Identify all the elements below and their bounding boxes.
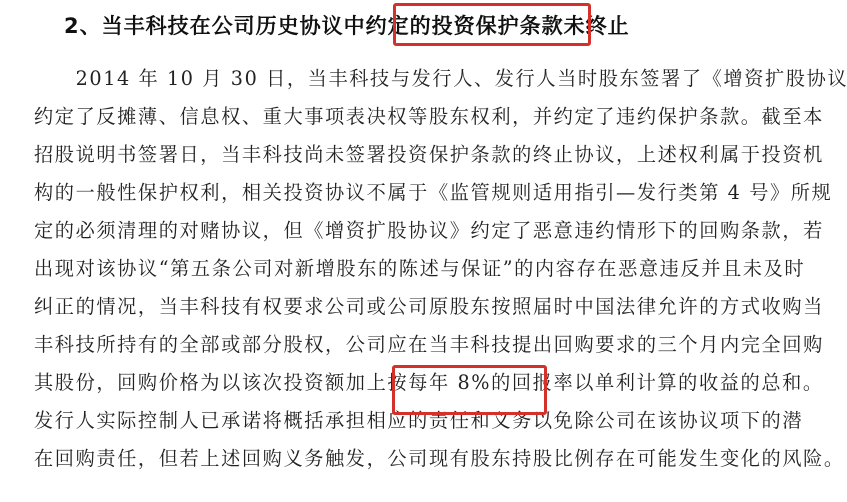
paragraph-line: 构的一般性保护权利，相关投资协议不属于《监管规则适用指引—发行类第 4 号》所规 (34, 178, 832, 205)
paragraph-line: 约定了反摊薄、信息权、重大事项表决权等股东权利，并约定了违约保护条款。截至本 (34, 102, 824, 129)
highlight-box-return-rate (392, 365, 547, 415)
paragraph-line: 出现对该协议“第五条公司对新增股东的陈述与保证”的内容存在恶意违反并且未及时 (34, 254, 805, 281)
paragraph-line: 丰科技所持有的全部或部分股权，公司应在当丰科技提出回购要求的三个月内完全回购 (34, 330, 824, 357)
paragraph-line: 招股说明书签署日，当丰科技尚未签署投资保护条款的终止协议，上述权利属于投资机 (34, 140, 824, 167)
highlight-box-heading (393, 3, 591, 46)
paragraph-line: 在回购责任，但若上述回购义务触发，公司现有股东持股比例存在可能发生变化的风险。 (34, 444, 845, 471)
paragraph-line: 2014 年 10 月 30 日，当丰科技与发行人、发行人当时股东签署了《增资扩… (34, 64, 847, 91)
paragraph-line: 纠正的情况，当丰科技有权要求公司或公司原股东按照届时中国法律允许的方式收购当 (34, 292, 824, 319)
paragraph-line: 定的必须清理的对赌协议，但《增资扩股协议》约定了恶意违约情形下的回购条款，若 (34, 216, 824, 243)
